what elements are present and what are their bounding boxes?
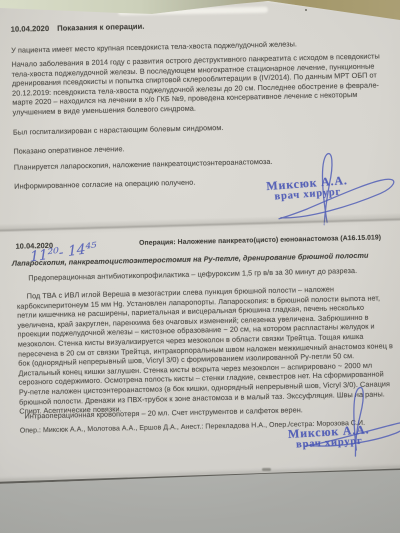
document-content: 10.04.2020 Показания к операции. У пацие… — [0, 0, 400, 533]
admission-line: Был госпитализирован с нарастающим болев… — [13, 119, 383, 137]
operation-title: Операция: Наложение панкреато(цисто) еюн… — [139, 233, 381, 248]
indications-header: 10.04.2020 Показания к операции. — [11, 22, 145, 35]
indications-title: Показания к операции. — [57, 22, 144, 34]
photo-of-medical-document: 10.04.2020 Показания к операции. У пацие… — [0, 0, 400, 533]
doctor-signature-icon — [303, 381, 400, 461]
indications-date: 10.04.2020 — [11, 24, 50, 34]
disease-history-paragraph: Начало заболевания в 2014 году с развити… — [11, 51, 382, 117]
operative-report-sheet: 10.04.2020 Показания к операции. У пацие… — [0, 0, 400, 533]
antibiotic-prophylaxis-line: Предоперационная антибиотикопрофилактика… — [28, 265, 388, 283]
